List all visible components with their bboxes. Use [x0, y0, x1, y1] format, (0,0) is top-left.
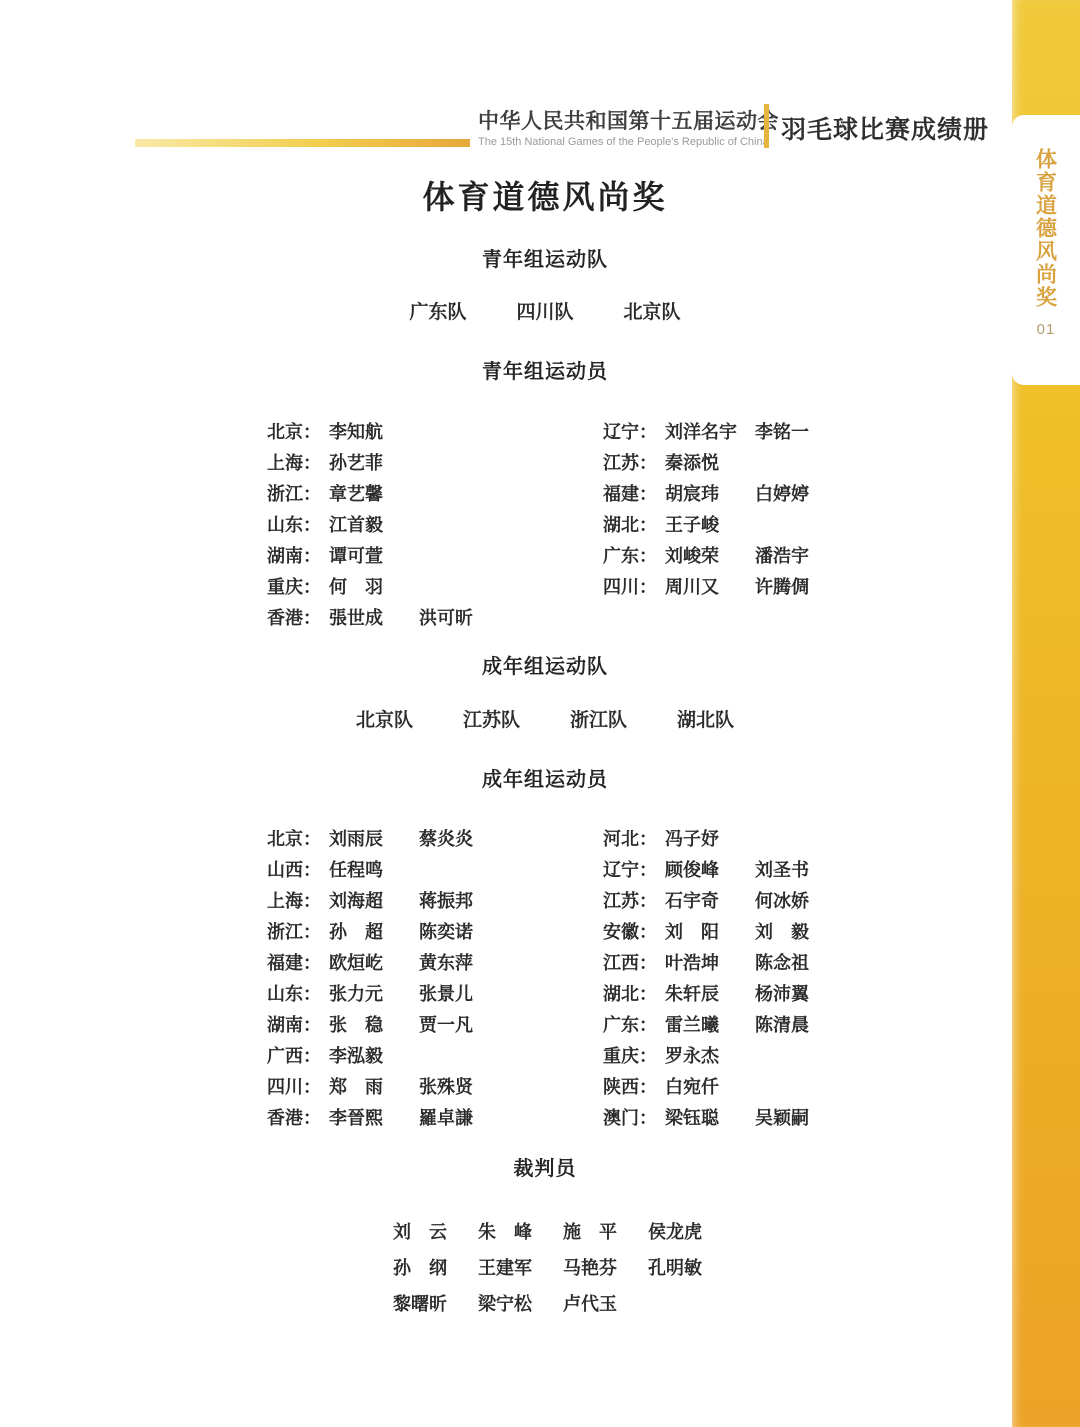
province-label: 北京：	[267, 418, 329, 444]
athlete-row: 浙江： 章艺馨	[267, 477, 603, 508]
athlete-names: 孙艺菲	[329, 449, 419, 475]
team-name: 广东队	[409, 297, 467, 324]
province-label: 山西：	[267, 856, 329, 882]
province-label: 上海：	[267, 449, 329, 475]
page-title: 体育道德风尚奖	[80, 172, 1010, 218]
athlete-row: 湖南： 张 稳贾一凡	[267, 1008, 603, 1039]
province-label: 广东：	[603, 542, 665, 568]
athlete-names: 顾俊峰刘圣书	[665, 856, 845, 882]
athlete-name: 何 羽	[329, 573, 419, 599]
province-label: 山东：	[267, 511, 329, 537]
province-label: 江苏：	[603, 449, 665, 475]
referee-name: 施 平	[563, 1215, 648, 1251]
adult-teams-row: 北京队江苏队浙江队湖北队	[80, 705, 1010, 732]
athlete-name: 谭可萱	[329, 542, 419, 568]
athlete-names: 冯子妤	[665, 825, 755, 851]
section-heading-youth-teams: 青年组运动队	[80, 243, 1010, 272]
province-label: 重庆：	[267, 573, 329, 599]
athlete-name: 任程鸣	[329, 856, 419, 882]
province-label: 江西：	[603, 949, 665, 975]
athlete-name: 欧烜屹	[329, 949, 419, 975]
results-booklet-page: 中华人民共和国第十五届运动会 The 15th National Games o…	[0, 0, 1080, 1427]
athlete-names: 罗永杰	[665, 1042, 755, 1068]
athlete-names: 王子峻	[665, 511, 755, 537]
athlete-name: 李晉熙	[329, 1104, 419, 1130]
athlete-row: 香港： 張世成洪可昕	[267, 601, 603, 632]
athlete-names: 秦添悦	[665, 449, 755, 475]
athlete-name: 张景儿	[419, 980, 509, 1006]
province-label: 辽宁：	[603, 856, 665, 882]
athlete-name: 孙艺菲	[329, 449, 419, 475]
province-label: 上海：	[267, 887, 329, 913]
athlete-names: 胡宸玮白婷婷	[665, 480, 845, 506]
referees-grid: 刘 云朱 峰施 平侯龙虎孙 纲王建军马艳芬孔明敏黎曙昕梁宁松卢代玉	[393, 1215, 737, 1323]
youth-athletes-grid: 北京： 李知航 上海： 孙艺菲 浙江：	[267, 415, 1010, 632]
athlete-names: 张 稳贾一凡	[329, 1011, 509, 1037]
athlete-row: 江苏： 秦添悦	[603, 446, 1010, 477]
team-name: 江苏队	[463, 705, 521, 732]
athlete-name: 章艺馨	[329, 480, 419, 506]
team-name: 浙江队	[570, 705, 628, 732]
referee-name: 王建军	[478, 1251, 563, 1287]
athlete-row: 广东： 刘峻荣潘浩宇	[603, 539, 1010, 570]
athlete-names: 张力元张景儿	[329, 980, 509, 1006]
athlete-name: 周川又	[665, 573, 755, 599]
athlete-row: 四川： 郑 雨张殊贤	[267, 1070, 603, 1101]
athlete-name: 刘洋名宇	[665, 418, 755, 444]
province-label: 陕西：	[603, 1073, 665, 1099]
athlete-row: 四川： 周川又许腾倜	[603, 570, 1010, 601]
youth-teams-row: 广东队四川队北京队	[80, 297, 1010, 324]
province-label: 四川：	[603, 573, 665, 599]
province-label: 四川：	[267, 1073, 329, 1099]
athlete-names: 雷兰曦陈清晨	[665, 1011, 845, 1037]
athlete-name: 李知航	[329, 418, 419, 444]
athlete-name: 陈清晨	[755, 1011, 845, 1037]
province-label: 河北：	[603, 825, 665, 851]
athlete-name: 蒋振邦	[419, 887, 509, 913]
side-tab-label: 体育道德风尚奖	[1036, 148, 1057, 309]
referee-name: 黎曙昕	[393, 1287, 478, 1323]
athlete-name: 梁钰聪	[665, 1104, 755, 1130]
adult-athletes-right-column: 河北： 冯子妤 辽宁： 顾俊峰刘圣书 江苏：	[603, 822, 1010, 1132]
athlete-names: 谭可萱	[329, 542, 419, 568]
athlete-row: 北京： 刘雨辰蔡炎炎	[267, 822, 603, 853]
athlete-name: 陈奕诺	[419, 918, 509, 944]
athlete-row: 澳门： 梁钰聪吴颖嗣	[603, 1101, 1010, 1132]
athlete-name: 许腾倜	[755, 573, 845, 599]
athlete-name: 刘海超	[329, 887, 419, 913]
athlete-name: 刘 阳	[665, 918, 755, 944]
athlete-name: 江首毅	[329, 511, 419, 537]
athlete-names: 何 羽	[329, 573, 419, 599]
athlete-row: 北京： 李知航	[267, 415, 603, 446]
athlete-name: 李铭一	[755, 418, 845, 444]
athlete-row: 陕西： 白宛仟	[603, 1070, 1010, 1101]
athlete-names: 刘峻荣潘浩宇	[665, 542, 845, 568]
athlete-name: 郑 雨	[329, 1073, 419, 1099]
athlete-name: 何冰娇	[755, 887, 845, 913]
athlete-names: 刘雨辰蔡炎炎	[329, 825, 509, 851]
adult-athletes-grid: 北京： 刘雨辰蔡炎炎 山西： 任程鸣 上海：	[267, 822, 1010, 1132]
province-label: 重庆：	[603, 1042, 665, 1068]
athlete-row: 湖南： 谭可萱	[267, 539, 603, 570]
referee-name: 梁宁松	[478, 1287, 563, 1323]
athlete-names: 任程鸣	[329, 856, 419, 882]
province-label: 福建：	[267, 949, 329, 975]
province-label: 江苏：	[603, 887, 665, 913]
athlete-name: 刘雨辰	[329, 825, 419, 851]
athlete-row: 湖北： 王子峻	[603, 508, 1010, 539]
province-label: 湖北：	[603, 980, 665, 1006]
athlete-name: 洪可昕	[419, 604, 509, 630]
athlete-names: 郑 雨张殊贤	[329, 1073, 509, 1099]
referee-name: 朱 峰	[478, 1215, 563, 1251]
athlete-row: 辽宁： 顾俊峰刘圣书	[603, 853, 1010, 884]
athlete-names: 石宇奇何冰娇	[665, 887, 845, 913]
team-name: 四川队	[516, 297, 574, 324]
athlete-name: 张力元	[329, 980, 419, 1006]
page-content: 体育道德风尚奖 青年组运动队 广东队四川队北京队 青年组运动员 北京： 李知航	[80, 0, 1010, 1427]
side-page-number: 01	[1037, 321, 1056, 338]
athlete-row: 安徽： 刘 阳刘 毅	[603, 915, 1010, 946]
athlete-name: 秦添悦	[665, 449, 755, 475]
athlete-name: 贾一凡	[419, 1011, 509, 1037]
athlete-row: 福建： 欧烜屹黄东萍	[267, 946, 603, 977]
athlete-row: 河北： 冯子妤	[603, 822, 1010, 853]
athlete-name: 黄东萍	[419, 949, 509, 975]
athlete-names: 刘洋名宇李铭一	[665, 418, 845, 444]
athlete-name: 羅卓謙	[419, 1104, 509, 1130]
province-label: 浙江：	[267, 480, 329, 506]
athlete-names: 叶浩坤陈念祖	[665, 949, 845, 975]
province-label: 湖南：	[267, 1011, 329, 1037]
athlete-row: 重庆： 罗永杰	[603, 1039, 1010, 1070]
athlete-names: 白宛仟	[665, 1073, 755, 1099]
athlete-row: 辽宁： 刘洋名宇李铭一	[603, 415, 1010, 446]
athlete-row: 香港： 李晉熙羅卓謙	[267, 1101, 603, 1132]
athlete-names: 江首毅	[329, 511, 419, 537]
province-label: 山东：	[267, 980, 329, 1006]
athlete-names: 刘海超蒋振邦	[329, 887, 509, 913]
athlete-row: 重庆： 何 羽	[267, 570, 603, 601]
athlete-row: 上海： 孙艺菲	[267, 446, 603, 477]
athlete-name: 蔡炎炎	[419, 825, 509, 851]
team-name: 北京队	[356, 705, 414, 732]
team-name: 湖北队	[677, 705, 735, 732]
province-label: 浙江：	[267, 918, 329, 944]
athlete-names: 朱轩辰杨沛翼	[665, 980, 845, 1006]
athlete-names: 章艺馨	[329, 480, 419, 506]
province-label: 广东：	[603, 1011, 665, 1037]
athlete-row: 上海： 刘海超蒋振邦	[267, 884, 603, 915]
athlete-name: 顾俊峰	[665, 856, 755, 882]
athlete-row: 湖北： 朱轩辰杨沛翼	[603, 977, 1010, 1008]
athlete-name: 刘 毅	[755, 918, 845, 944]
section-heading-referees: 裁判员	[80, 1152, 1010, 1181]
referee-name: 马艳芬	[563, 1251, 648, 1287]
athlete-names: 李晉熙羅卓謙	[329, 1104, 509, 1130]
athlete-names: 欧烜屹黄东萍	[329, 949, 509, 975]
province-label: 香港：	[267, 1104, 329, 1130]
athlete-name: 杨沛翼	[755, 980, 845, 1006]
athlete-name: 潘浩宇	[755, 542, 845, 568]
athlete-name: 刘峻荣	[665, 542, 755, 568]
athlete-name: 石宇奇	[665, 887, 755, 913]
athlete-names: 周川又许腾倜	[665, 573, 845, 599]
athlete-name: 王子峻	[665, 511, 755, 537]
athlete-row: 福建： 胡宸玮白婷婷	[603, 477, 1010, 508]
athlete-row: 广东： 雷兰曦陈清晨	[603, 1008, 1010, 1039]
athlete-name: 叶浩坤	[665, 949, 755, 975]
athlete-name: 李泓毅	[329, 1042, 419, 1068]
athlete-row: 江苏： 石宇奇何冰娇	[603, 884, 1010, 915]
province-label: 北京：	[267, 825, 329, 851]
province-label: 安徽：	[603, 918, 665, 944]
athlete-row: 山东： 张力元张景儿	[267, 977, 603, 1008]
youth-athletes-right-column: 辽宁： 刘洋名宇李铭一 江苏： 秦添悦 福建：	[603, 415, 1010, 632]
province-label: 辽宁：	[603, 418, 665, 444]
athlete-row: 江西： 叶浩坤陈念祖	[603, 946, 1010, 977]
athlete-name: 胡宸玮	[665, 480, 755, 506]
adult-athletes-left-column: 北京： 刘雨辰蔡炎炎 山西： 任程鸣 上海：	[267, 822, 603, 1132]
referee-name: 侯龙虎	[648, 1215, 733, 1251]
province-label: 福建：	[603, 480, 665, 506]
province-label: 澳门：	[603, 1104, 665, 1130]
section-heading-adult-teams: 成年组运动队	[80, 650, 1010, 679]
referee-name: 卢代玉	[563, 1287, 648, 1323]
athlete-names: 梁钰聪吴颖嗣	[665, 1104, 845, 1130]
athlete-name: 张殊贤	[419, 1073, 509, 1099]
athlete-name: 罗永杰	[665, 1042, 755, 1068]
athlete-row: 山西： 任程鸣	[267, 853, 603, 884]
athlete-name: 白宛仟	[665, 1073, 755, 1099]
athlete-name: 孙 超	[329, 918, 419, 944]
team-name: 北京队	[623, 297, 681, 324]
athlete-names: 李泓毅	[329, 1042, 419, 1068]
athlete-name: 張世成	[329, 604, 419, 630]
athlete-names: 刘 阳刘 毅	[665, 918, 845, 944]
athlete-name: 雷兰曦	[665, 1011, 755, 1037]
athlete-name: 刘圣书	[755, 856, 845, 882]
athlete-row: 浙江： 孙 超陈奕诺	[267, 915, 603, 946]
referee-name: 孔明敏	[648, 1251, 733, 1287]
athlete-name: 吴颖嗣	[755, 1104, 845, 1130]
athlete-row: 山东： 江首毅	[267, 508, 603, 539]
athlete-row: 广西： 李泓毅	[267, 1039, 603, 1070]
side-index-bar: 体育道德风尚奖 01	[1012, 0, 1080, 1427]
section-heading-youth-athletes: 青年组运动员	[80, 355, 1010, 384]
youth-athletes-left-column: 北京： 李知航 上海： 孙艺菲 浙江：	[267, 415, 603, 632]
province-label: 香港：	[267, 604, 329, 630]
province-label: 湖北：	[603, 511, 665, 537]
athlete-names: 張世成洪可昕	[329, 604, 509, 630]
athlete-name: 陈念祖	[755, 949, 845, 975]
section-heading-adult-athletes: 成年组运动员	[80, 763, 1010, 792]
province-label: 湖南：	[267, 542, 329, 568]
athlete-name: 白婷婷	[755, 480, 845, 506]
province-label: 广西：	[267, 1042, 329, 1068]
athlete-names: 李知航	[329, 418, 419, 444]
athlete-name: 冯子妤	[665, 825, 755, 851]
referee-name: 刘 云	[393, 1215, 478, 1251]
athlete-name: 张 稳	[329, 1011, 419, 1037]
athlete-name: 朱轩辰	[665, 980, 755, 1006]
side-index-tab: 体育道德风尚奖 01	[1012, 115, 1080, 385]
referee-name: 孙 纲	[393, 1251, 478, 1287]
athlete-names: 孙 超陈奕诺	[329, 918, 509, 944]
